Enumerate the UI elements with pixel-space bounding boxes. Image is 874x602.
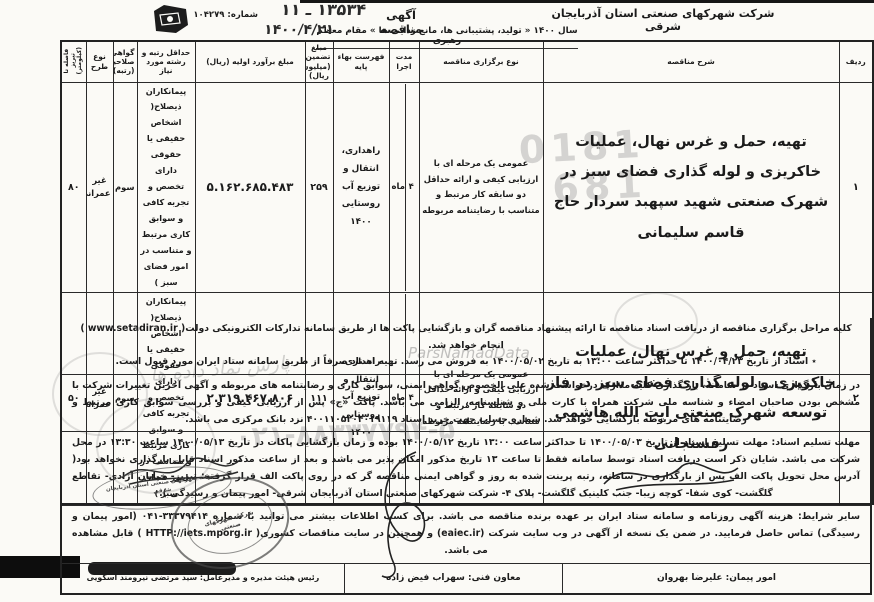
- note-setad-line: کلیه مراحل برگزاری مناقصه از دریافت اسنا…: [72, 321, 860, 354]
- grade: سوم: [113, 82, 137, 293]
- note-other-label: سایر شرایط:: [798, 511, 860, 522]
- col-header-guarantee: مبلغ تضمین (میلیون ریال): [305, 41, 333, 82]
- plan-type: غیر عمرانی: [86, 82, 113, 293]
- duration-unit: ماه: [392, 84, 405, 292]
- handwritten-reference: ۱۳۵۳۴ ـ ۱۱: [245, 0, 367, 19]
- col-header-description: شرح مناقصه: [543, 41, 839, 82]
- col-header-distance-label: فاصله تا تبریز (کیلومتر): [64, 42, 84, 80]
- postage-stamp-icon: [150, 3, 190, 35]
- duration-value: ۴: [405, 84, 417, 292]
- col-header-estimate: مبلغ برآورد اولیه (ریال): [195, 41, 305, 82]
- tender-description: تهیه، حمل و غرس نهال، عملیات خاکریزی و ل…: [543, 82, 839, 293]
- distance: ۸۰: [61, 82, 86, 293]
- col-header-plan-type: نوع طرح: [86, 41, 113, 82]
- col-header-distance: فاصله تا تبریز (کیلومتر): [61, 41, 86, 82]
- price-list: راهداری، انتقال و توزیع آب روستایی ۱۴۰۰: [333, 82, 389, 293]
- tender-announcement-page: 0181 681 ۰۲۱-۸۸۳۳۷۷۹۴-۵ ParsNamadData پا…: [0, 0, 874, 602]
- row-number: ۱: [839, 82, 873, 293]
- col-header-duration: مدت اجرا: [389, 41, 419, 82]
- col-header-price-list: فهرست بهاء پایه: [333, 41, 389, 82]
- duration-cell: ۴ ماه: [389, 82, 419, 293]
- note-sale-line: ٭ اسناد از تاریخ ۱۴۰۰/۰۴/۲۳ تا حداکثر سا…: [72, 354, 860, 371]
- col-header-row-number: ردیف: [839, 41, 873, 82]
- col-header-grade: گواهی صلاحیت (رتبه): [113, 41, 137, 82]
- table-row: ۱ تهیه، حمل و غرس نهال، عملیات خاکریزی و…: [61, 82, 873, 293]
- signature-contracts-officer: امور پیمان: علیرضا بهروان: [563, 564, 870, 593]
- guarantee-amount: ۲۵۹: [305, 82, 333, 293]
- estimate-amount: ۵.۱۶۲.۶۸۵.۴۸۳: [195, 82, 305, 293]
- company-name: شرکت شهرکهای صنعتی استان آذربایجان شرقی: [548, 7, 778, 33]
- table-header-row: ردیف شرح مناقصه نوع برگزاری مناقصه مدت ا…: [61, 41, 873, 82]
- signature-row: امور پیمان: علیرضا بهروان معاون فنی: سهر…: [62, 563, 870, 593]
- scan-edge-line: [300, 0, 874, 3]
- note-setad: کلیه مراحل برگزاری مناقصه از دریافت اسنا…: [62, 318, 870, 374]
- tender-type: عمومی یک مرحله ای با ارزیابی کیفی و ارائ…: [419, 82, 543, 293]
- signature-ceo: رئیس هیئت مدیره و مدیرعامل: سید مرتضی نی…: [62, 564, 345, 593]
- note-deadline-label: مهلت تسلیم اسناد:: [772, 437, 860, 448]
- col-header-tender-type: نوع برگزاری مناقصه: [419, 41, 543, 82]
- signature-technical-deputy: معاون فنی: سهراب فیض زاده: [345, 564, 563, 593]
- handwritten-date: ۱۴۰۰/۴/۲۱: [213, 22, 335, 38]
- note-upload: در زمان بارگذاری اسناد در سامانه، بار گذ…: [62, 374, 870, 431]
- qualification: پیمانکاران ذیصلاح( اشخاص حقیقی یا حقوقی …: [137, 82, 195, 293]
- col-header-qualification: حداقل رتبه و رشته مورد نیاز: [137, 41, 195, 82]
